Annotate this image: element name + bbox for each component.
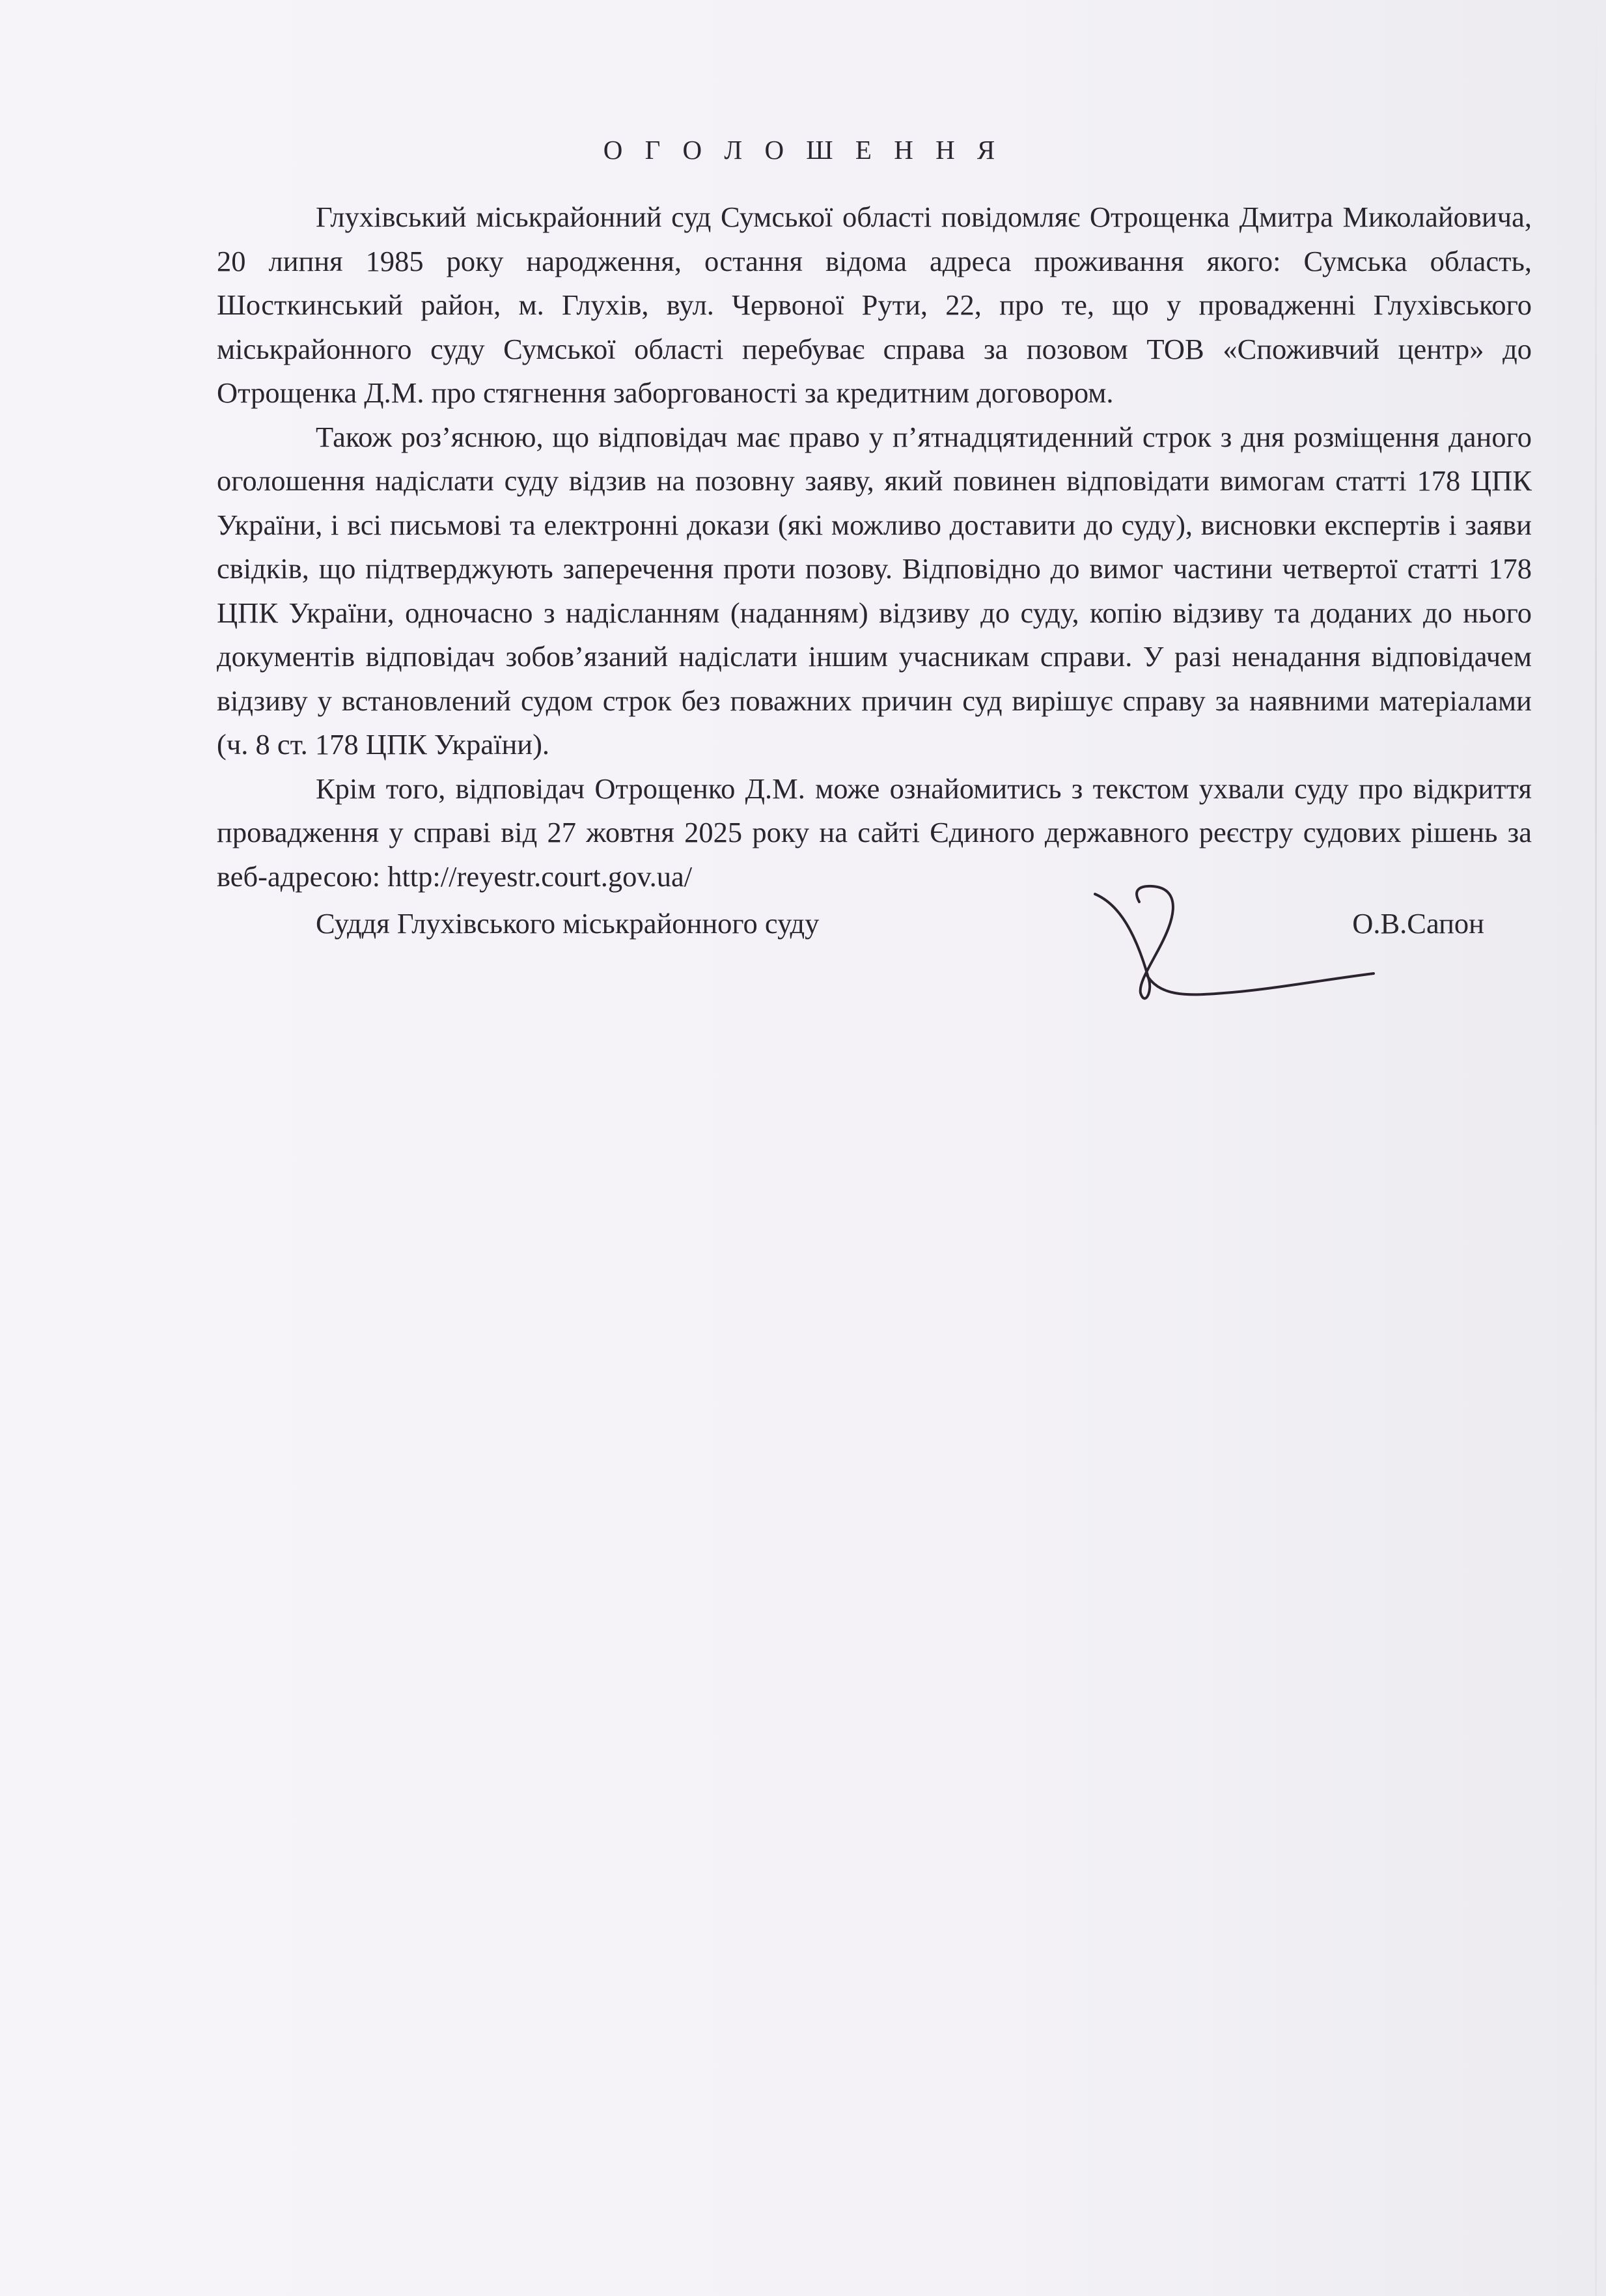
document-body: Глухівський міськрайонний суд Сумської о… — [217, 195, 1532, 899]
document-title: О Г О Л О Ш Е Н Н Я — [0, 133, 1606, 166]
signature-icon — [1087, 882, 1380, 1006]
paragraph-rights: Також роз’яснюю, що відповідач має право… — [217, 415, 1532, 767]
paragraph-notice: Глухівський міськрайонний суд Сумської о… — [217, 195, 1532, 415]
judge-title: Суддя Глухівського міськрайонного суду — [316, 904, 819, 943]
paper-edge-shadow — [1595, 0, 1597, 2296]
document-page: О Г О Л О Ш Е Н Н Я Глухівський міськрай… — [0, 0, 1606, 2296]
paragraph-registry: Крім того, відповідач Отрощенко Д.М. мож… — [217, 767, 1532, 899]
